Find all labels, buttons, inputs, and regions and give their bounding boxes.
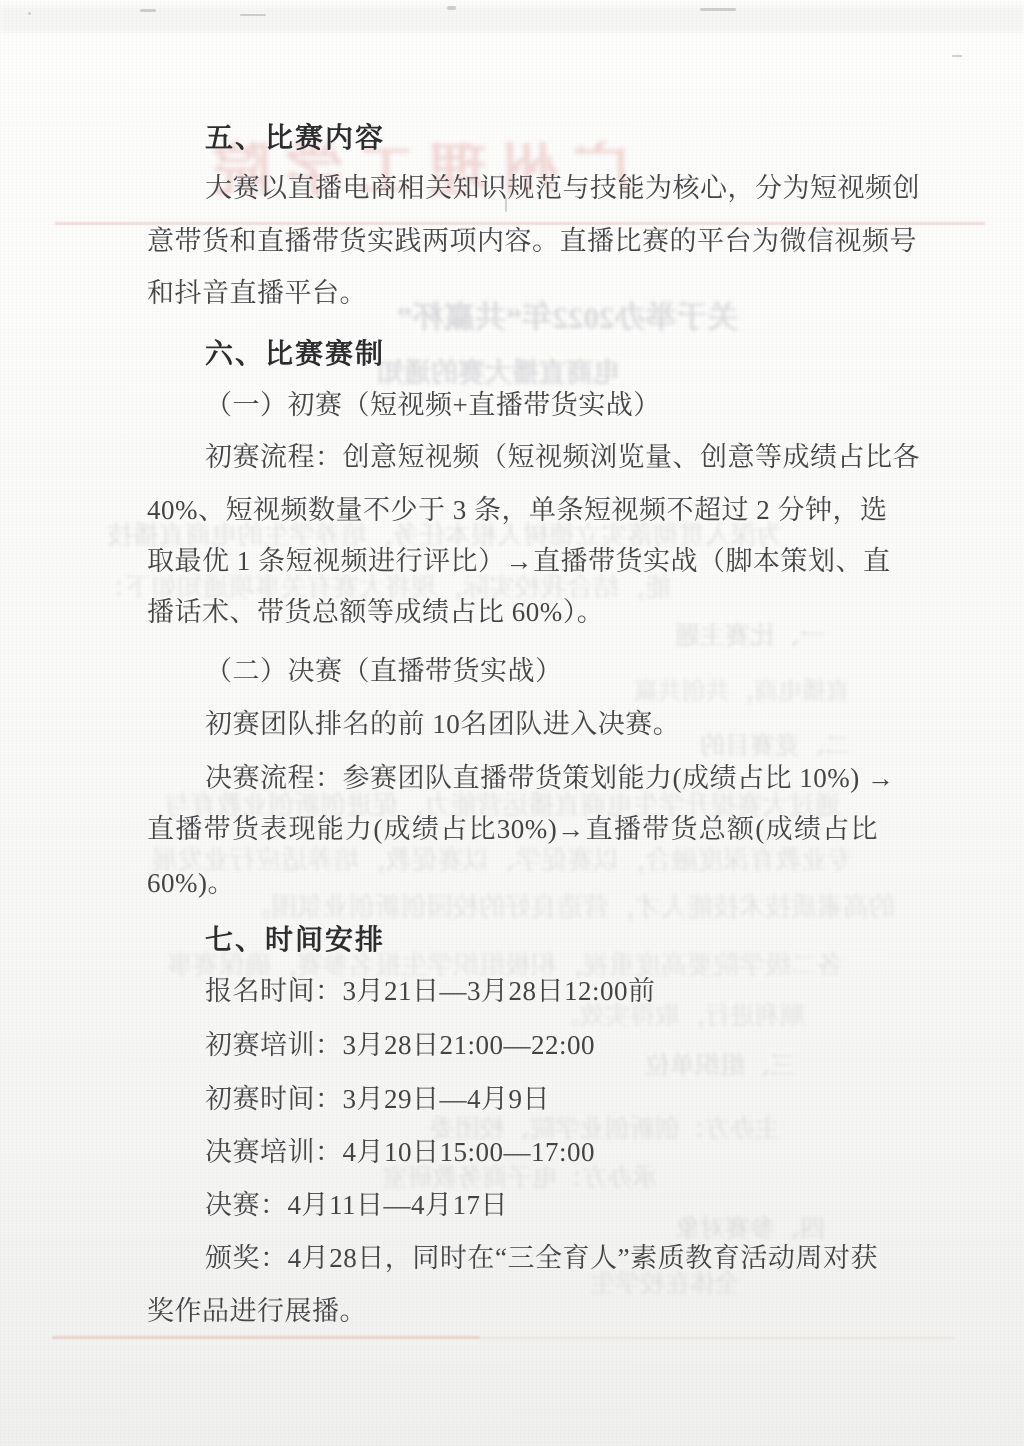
section-heading: 五、比赛内容 (205, 120, 385, 155)
text-line: 播话术、带货总额等成绩占比 60%）。 (147, 596, 604, 630)
scan-speck (140, 9, 156, 12)
text-line: （一）初赛（短视频+直播带货实战） (205, 389, 661, 423)
text-line: 决赛培训：4月10日15:00—17:00 (205, 1136, 595, 1170)
text-line: 颁奖：4月28日，同时在“三全育人”素质教育活动周对获 (205, 1242, 878, 1276)
bleedthrough-text: 电商直播大赛的通知 (385, 357, 620, 389)
text-line: 大赛以直播电商相关知识规范与技能为核心，分为短视频创 (205, 172, 878, 206)
text-line: 决赛：4月11日—4月17日 (205, 1189, 508, 1223)
bleedthrough-rule (52, 1336, 480, 1339)
bleedthrough-rule (480, 1337, 955, 1339)
text-line: 初赛培训：3月28日21:00—22:00 (205, 1029, 595, 1063)
scan-speck (952, 55, 962, 57)
text-line: 和抖音直播平台。 (147, 277, 367, 311)
text-line: 初赛流程：创意短视频（短视频浏览量、创意等成绩占比各 (205, 441, 878, 475)
text-line: 奖作品进行展播。 (147, 1295, 367, 1329)
bleedthrough-text: 的高素质技术技能人才，营造良好的校园创新创业氛围。 (140, 892, 1000, 923)
section-heading: 六、比赛赛制 (205, 336, 385, 371)
text-line: 初赛团队排名的前 10名团队进入决赛。 (205, 708, 680, 742)
bleedthrough-text: 一、比赛主题 (660, 622, 840, 652)
bleedthrough-text: 关于举办2022年“共赢杯” (368, 299, 768, 336)
scan-speck (505, 198, 507, 212)
text-line: 意带货和直播带货实践两项内容。直播比赛的平台为微信视频号 (147, 225, 878, 259)
bleedthrough-text: 直播电商，共创共赢 (640, 678, 850, 707)
text-line: 报名时间：3月21日—3月28日12:00前 (205, 975, 656, 1009)
text-line: 取最优 1 条短视频进行评比）→直播带货实战（脚本策划、直 (147, 545, 878, 579)
text-line: 直播带货表现能力(成绩占比30%)→直播带货总额(成绩占比 (147, 813, 878, 847)
text-line: 40%、短视频数量不少于 3 条，单条短视频不超过 2 分钟，选 (147, 494, 878, 528)
scan-speck (700, 8, 736, 11)
bleedthrough-text: 二、竞赛目的 (685, 732, 865, 762)
bleedthrough-text: 三、组织单位 (620, 1052, 820, 1082)
text-line: 决赛流程：参赛团队直播带货策划能力(成绩占比 10%) → (205, 762, 878, 796)
scan-speck (28, 12, 31, 15)
text-line: （二）决赛（直播带货实战） (205, 655, 563, 689)
scanned-page: 广州理工学院关于举办2022年“共赢杯”电商直播大赛的通知为深入贯彻落实立德树人… (0, 0, 1024, 1446)
section-heading: 七、时间安排 (205, 922, 385, 957)
bleedthrough-text: 四、参赛对象 (660, 1215, 840, 1245)
text-line: 60%)。 (147, 867, 235, 901)
text-line: 初赛时间：3月29日—4月9日 (205, 1083, 550, 1117)
scan-speck (447, 6, 456, 10)
scan-speck (240, 14, 266, 16)
